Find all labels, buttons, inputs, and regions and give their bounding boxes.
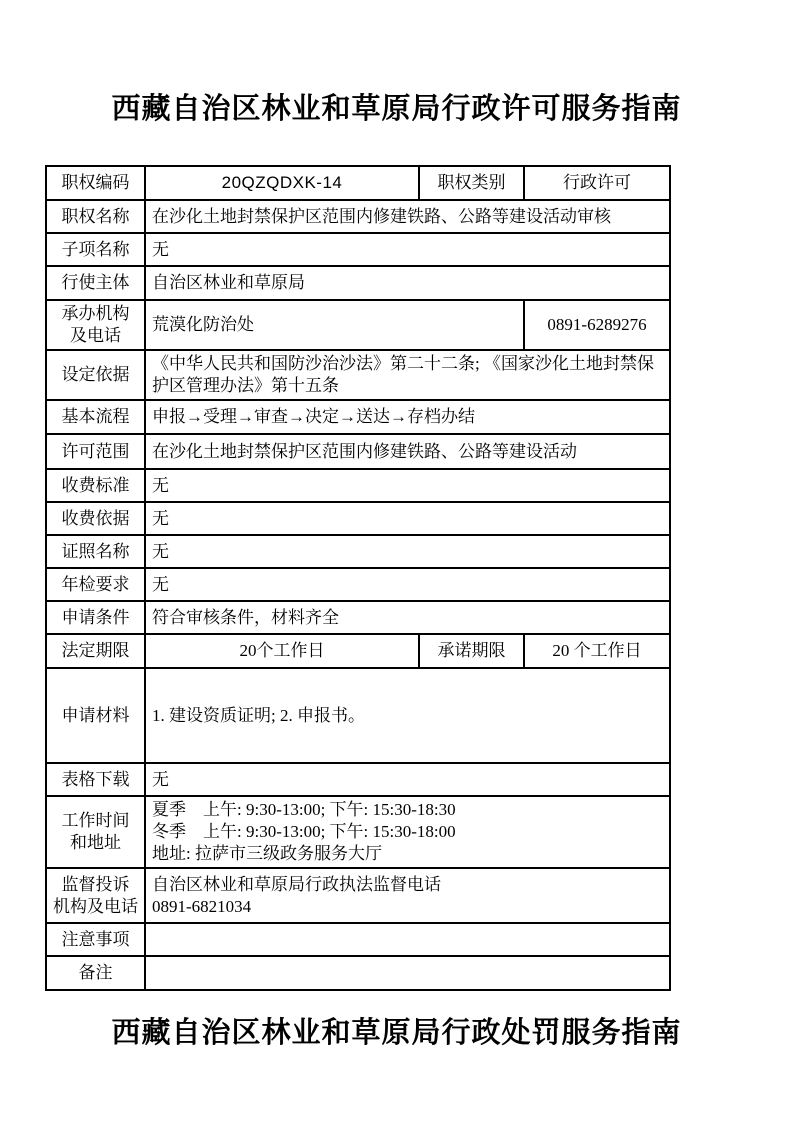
row-conditions-label: 申请条件	[46, 601, 145, 634]
row-deadline-label: 法定期限	[46, 634, 145, 668]
document-page: { "page": { "title_license": "西藏自治区林业和草原…	[0, 0, 793, 1122]
table-row: 年检要求 无	[46, 568, 670, 601]
row-code-type-value: 行政许可	[524, 166, 670, 200]
row-scope-label: 许可范围	[46, 434, 145, 469]
row-form-download-label: 表格下载	[46, 763, 145, 796]
row-basis-label: 设定依据	[46, 350, 145, 400]
row-supervision-label: 监督投诉 机构及电话	[46, 868, 145, 923]
row-deadline-value: 20个工作日	[145, 634, 419, 668]
row-agency-phone: 0891-6289276	[524, 300, 670, 350]
table-row: 职权编码 20QZQDXK-14 职权类别 行政许可	[46, 166, 670, 200]
table-row: 收费依据 无	[46, 502, 670, 535]
page-title-administrative-license: 西藏自治区林业和草原局行政许可服务指南	[0, 86, 793, 127]
row-name-label: 职权名称	[46, 200, 145, 233]
row-hours-label: 工作时间 和地址	[46, 796, 145, 868]
table-row: 工作时间 和地址 夏季 上午: 9:30-13:00; 下午: 15:30-18…	[46, 796, 670, 868]
row-notes-value	[145, 923, 670, 956]
table-row: 证照名称 无	[46, 535, 670, 568]
row-remark-value	[145, 956, 670, 990]
row-certificate-value: 无	[145, 535, 670, 568]
row-subject-value: 自治区林业和草原局	[145, 266, 670, 300]
row-supervision-value: 自治区林业和草原局行政执法监督电话 0891-6821034	[145, 868, 670, 923]
table-row: 职权名称 在沙化土地封禁保护区范围内修建铁路、公路等建设活动审核	[46, 200, 670, 233]
row-notes-label: 注意事项	[46, 923, 145, 956]
row-deadline-promise-label: 承诺期限	[419, 634, 524, 668]
table-row: 基本流程 申报→受理→审查→决定→送达→存档办结	[46, 400, 670, 434]
row-process-value: 申报→受理→审查→决定→送达→存档办结	[145, 400, 670, 434]
row-code-type-label: 职权类别	[419, 166, 524, 200]
table-row: 许可范围 在沙化土地封禁保护区范围内修建铁路、公路等建设活动	[46, 434, 670, 469]
row-name-value: 在沙化土地封禁保护区范围内修建铁路、公路等建设活动审核	[145, 200, 670, 233]
row-conditions-value: 符合审核条件，材料齐全	[145, 601, 670, 634]
row-annual-check-value: 无	[145, 568, 670, 601]
table-row: 子项名称 无	[46, 233, 670, 266]
row-form-download-value: 无	[145, 763, 670, 796]
table-row: 注意事项	[46, 923, 670, 956]
row-process-label: 基本流程	[46, 400, 145, 434]
row-annual-check-label: 年检要求	[46, 568, 145, 601]
row-basis-value: 《中华人民共和国防沙治沙法》第二十二条; 《国家沙化土地封禁保护区管理办法》第十…	[145, 350, 670, 400]
table-row: 设定依据 《中华人民共和国防沙治沙法》第二十二条; 《国家沙化土地封禁保护区管理…	[46, 350, 670, 400]
row-certificate-label: 证照名称	[46, 535, 145, 568]
row-subitem-value: 无	[145, 233, 670, 266]
row-agency-label: 承办机构 及电话	[46, 300, 145, 350]
row-fee-standard-label: 收费标准	[46, 469, 145, 502]
row-scope-value: 在沙化土地封禁保护区范围内修建铁路、公路等建设活动	[145, 434, 670, 469]
row-hours-value: 夏季 上午: 9:30-13:00; 下午: 15:30-18:30 冬季 上午…	[145, 796, 670, 868]
table-row: 备注	[46, 956, 670, 990]
row-code-value: 20QZQDXK-14	[145, 166, 419, 200]
table-row: 申请材料 1. 建设资质证明; 2. 申报书。	[46, 668, 670, 763]
row-deadline-promise-value: 20 个工作日	[524, 634, 670, 668]
row-materials-label: 申请材料	[46, 668, 145, 763]
table-row: 行使主体 自治区林业和草原局	[46, 266, 670, 300]
row-agency-value: 荒漠化防治处	[145, 300, 524, 350]
table-row: 监督投诉 机构及电话 自治区林业和草原局行政执法监督电话 0891-682103…	[46, 868, 670, 923]
row-code-label: 职权编码	[46, 166, 145, 200]
table-row: 承办机构 及电话 荒漠化防治处 0891-6289276	[46, 300, 670, 350]
row-subject-label: 行使主体	[46, 266, 145, 300]
table-row: 申请条件 符合审核条件，材料齐全	[46, 601, 670, 634]
table-row: 收费标准 无	[46, 469, 670, 502]
row-materials-value: 1. 建设资质证明; 2. 申报书。	[145, 668, 670, 763]
table-row: 法定期限 20个工作日 承诺期限 20 个工作日	[46, 634, 670, 668]
row-subitem-label: 子项名称	[46, 233, 145, 266]
page-title-administrative-penalty: 西藏自治区林业和草原局行政处罚服务指南	[0, 1010, 793, 1051]
row-fee-basis-label: 收费依据	[46, 502, 145, 535]
service-guide-table: 职权编码 20QZQDXK-14 职权类别 行政许可 职权名称 在沙化土地封禁保…	[45, 165, 671, 991]
table-row: 表格下载 无	[46, 763, 670, 796]
row-remark-label: 备注	[46, 956, 145, 990]
row-fee-standard-value: 无	[145, 469, 670, 502]
row-fee-basis-value: 无	[145, 502, 670, 535]
